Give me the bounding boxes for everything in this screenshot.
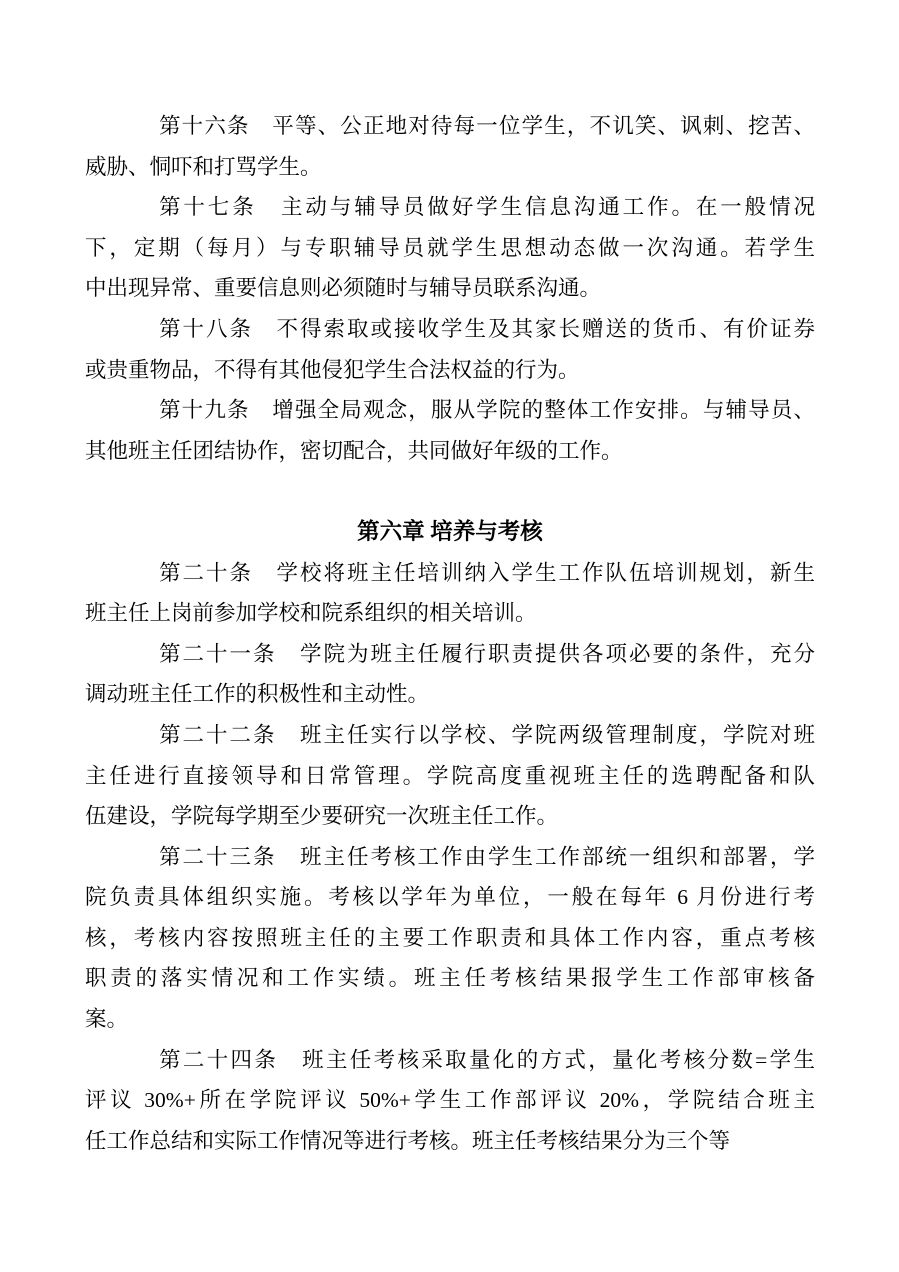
document-page: 第十六条 平等、公正地对待每一位学生，不讥笑、讽刺、挖苦、威胁、恫吓和打骂学生。… <box>0 0 899 1272</box>
document-line: 中出现异常、重要信息则必须随时与辅导员联系沟通。 <box>85 268 815 309</box>
document-body: 第十六条 平等、公正地对待每一位学生，不讥笑、讽刺、挖苦、威胁、恫吓和打骂学生。… <box>85 106 815 1161</box>
document-line: 主任进行直接领导和日常管理。学院高度重视班主任的选聘配备和队 <box>85 756 815 797</box>
document-line: 威胁、恫吓和打骂学生。 <box>85 147 815 188</box>
chapter-heading: 第六章 培养与考核 <box>85 512 815 553</box>
document-line: 其他班主任团结协作，密切配合，共同做好年级的工作。 <box>85 431 815 472</box>
document-line: 院负责具体组织实施。考核以学年为单位，一般在每年 6 月份进行考 <box>85 877 815 918</box>
document-line: 第二十一条 学院为班主任履行职责提供各项必要的条件，充分 <box>85 634 815 675</box>
document-line: 任工作总结和实际工作情况等进行考核。班主任考核结果分为三个等 <box>85 1121 815 1162</box>
document-line: 第十八条 不得索取或接收学生及其家长赠送的货币、有价证券 <box>85 309 815 350</box>
document-line: 第二十条 学校将班主任培训纳入学生工作队伍培训规划，新生 <box>85 553 815 594</box>
document-line: 第十六条 平等、公正地对待每一位学生，不讥笑、讽刺、挖苦、 <box>85 106 815 147</box>
document-line: 核，考核内容按照班主任的主要工作职责和具体工作内容，重点考核 <box>85 918 815 959</box>
document-line: 班主任上岗前参加学校和院系组织的相关培训。 <box>85 593 815 634</box>
document-line: 案。 <box>85 999 815 1040</box>
document-line: 或贵重物品，不得有其他侵犯学生合法权益的行为。 <box>85 350 815 391</box>
document-line: 第十九条 增强全局观念，服从学院的整体工作安排。与辅导员、 <box>85 390 815 431</box>
document-line: 调动班主任工作的积极性和主动性。 <box>85 674 815 715</box>
document-line: 伍建设，学院每学期至少要研究一次班主任工作。 <box>85 796 815 837</box>
document-line: 第十七条 主动与辅导员做好学生信息沟通工作。在一般情况 <box>85 187 815 228</box>
document-line: 第二十二条 班主任实行以学校、学院两级管理制度，学院对班 <box>85 715 815 756</box>
document-line: 职责的落实情况和工作实绩。班主任考核结果报学生工作部审核备 <box>85 958 815 999</box>
document-line: 下，定期（每月）与专职辅导员就学生思想动态做一次沟通。若学生 <box>85 228 815 269</box>
document-line: 评议 30%+所在学院评议 50%+学生工作部评议 20%，学院结合班主 <box>85 1080 815 1121</box>
document-line: 第二十四条 班主任考核采取量化的方式，量化考核分数=学生 <box>85 1040 815 1081</box>
blank-line <box>85 471 815 512</box>
document-line: 第二十三条 班主任考核工作由学生工作部统一组织和部署，学 <box>85 837 815 878</box>
